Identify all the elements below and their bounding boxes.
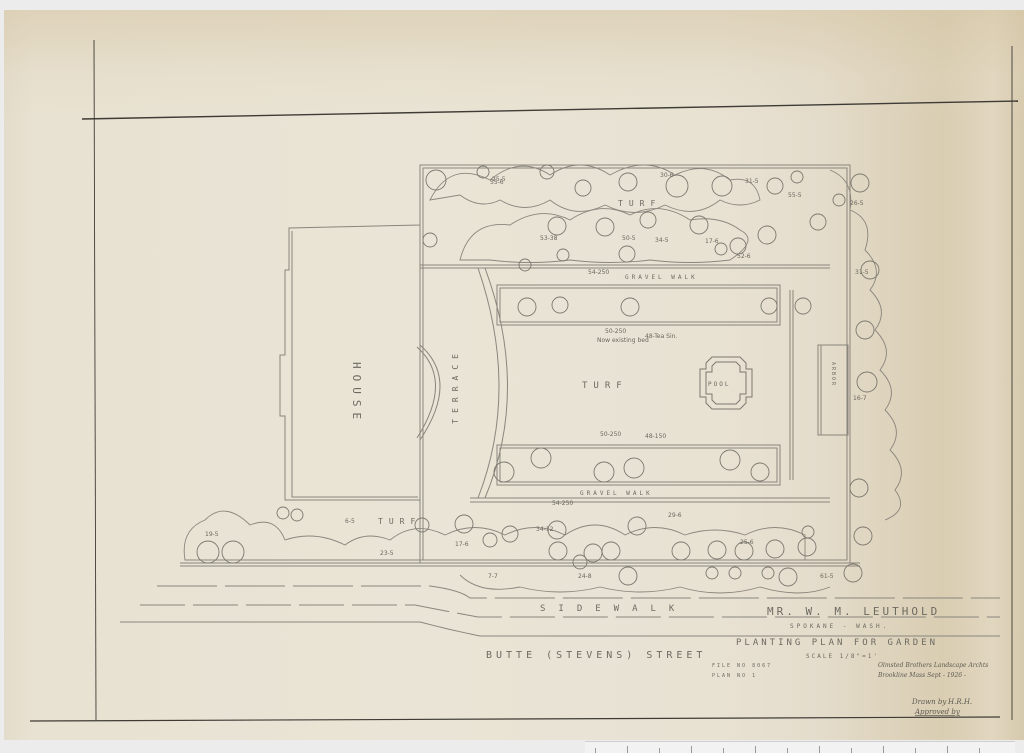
- sidewalk-label: SIDEWALK: [540, 604, 687, 614]
- garden-boundary: [180, 165, 860, 566]
- turf-top-label: TURF: [618, 199, 661, 208]
- sheet-border: [30, 40, 1018, 721]
- plan-drawing: HOUSE TERRACE TURF TURF TURF POOL GRAVEL…: [0, 0, 1024, 753]
- client-name: MR. W. M. LEUTHOLD: [767, 605, 940, 618]
- plan-title: PLANTING PLAN FOR GARDEN: [736, 638, 938, 648]
- annotation: 61-5: [820, 573, 834, 580]
- annotation: 55-5: [788, 192, 802, 199]
- annotation: 7-7: [488, 573, 498, 580]
- plan-scale: SCALE 1/8"=1': [806, 653, 879, 660]
- gravel-walk-bottom-label: GRAVEL WALK: [580, 490, 653, 497]
- ruler-tick: [691, 746, 692, 753]
- pool-label: POOL: [708, 381, 730, 388]
- ruler-tick: [723, 748, 724, 753]
- file-number: FILE NO 8067: [712, 663, 772, 669]
- annotation: 55-6: [490, 179, 504, 186]
- annotation: 17-6: [705, 238, 719, 245]
- annotation: 29-6: [668, 512, 682, 519]
- ruler-tick: [595, 748, 596, 753]
- annotation: 48-Tea Sin.: [645, 333, 677, 340]
- ruler-tick: [915, 748, 916, 753]
- annotation: 16-7: [853, 395, 867, 402]
- annotation: 34-5: [655, 237, 669, 244]
- approved-by-label: Approved by: [914, 708, 961, 716]
- plan-number: PLAN NO 1: [712, 673, 757, 679]
- annotation: 6-5: [345, 518, 355, 525]
- ruler-tick: [627, 746, 628, 753]
- street-label: BUTTE (STEVENS) STREET: [486, 650, 706, 661]
- scale-ruler: [585, 741, 1015, 753]
- annotation: 23-5: [380, 550, 394, 557]
- annotation: 50-250: [605, 328, 626, 335]
- annotation: 19-5: [205, 531, 219, 538]
- drawn-by-initials: H.R.H.: [947, 698, 972, 706]
- annotation: 34-12: [536, 526, 554, 533]
- annotation: 54-250: [552, 500, 573, 507]
- annotation: 25-6: [740, 539, 754, 546]
- gravel-walk-top-label: GRAVEL WALK: [625, 274, 698, 281]
- title-block: MR. W. M. LEUTHOLD SPOKANE - WASH. PLANT…: [712, 605, 988, 716]
- annotation: 53-38: [540, 235, 558, 242]
- annotation: 50-250: [600, 431, 621, 438]
- ruler-tick: [883, 746, 884, 753]
- annotation: 17-6: [455, 541, 469, 548]
- firm-name: Olmsted Brothers Landscape Archts: [878, 662, 988, 669]
- ruler-tick: [819, 746, 820, 753]
- annotation: 30-6: [660, 172, 674, 179]
- firm-location-date: Brookline Mass Sept - 1926 -: [877, 672, 966, 679]
- annotation: 52-6: [737, 253, 751, 260]
- arbor-label: ARBOR: [830, 362, 836, 387]
- turf-bottom-label: TURF: [378, 517, 421, 526]
- house-label: HOUSE: [350, 362, 363, 425]
- ruler-tick: [787, 748, 788, 753]
- ruler-tick: [659, 748, 660, 753]
- drawn-by-label: Drawn by: [911, 698, 947, 706]
- annotation: 50-5: [622, 235, 636, 242]
- annotation: 31-5: [855, 269, 869, 276]
- annotation: 26-5: [850, 200, 864, 207]
- plant-annotations: 25-5 30-6 31-5 55-5 55-6 53-38 50-5 34-5…: [205, 172, 869, 580]
- ruler-tick: [979, 748, 980, 753]
- house-outline: [280, 165, 440, 500]
- ruler-tick: [755, 746, 756, 753]
- annotation: Now existing bed: [597, 337, 649, 344]
- ruler-tick: [947, 746, 948, 753]
- turf-center-label: TURF: [582, 381, 628, 391]
- annotation: 24-8: [578, 573, 592, 580]
- client-location: SPOKANE - WASH.: [790, 623, 889, 630]
- terrace-label: TERRACE: [451, 348, 460, 424]
- annotation: 48-150: [645, 433, 666, 440]
- ruler-tick: [851, 748, 852, 753]
- annotation: 54-250: [588, 269, 609, 276]
- annotation: 31-5: [745, 178, 759, 185]
